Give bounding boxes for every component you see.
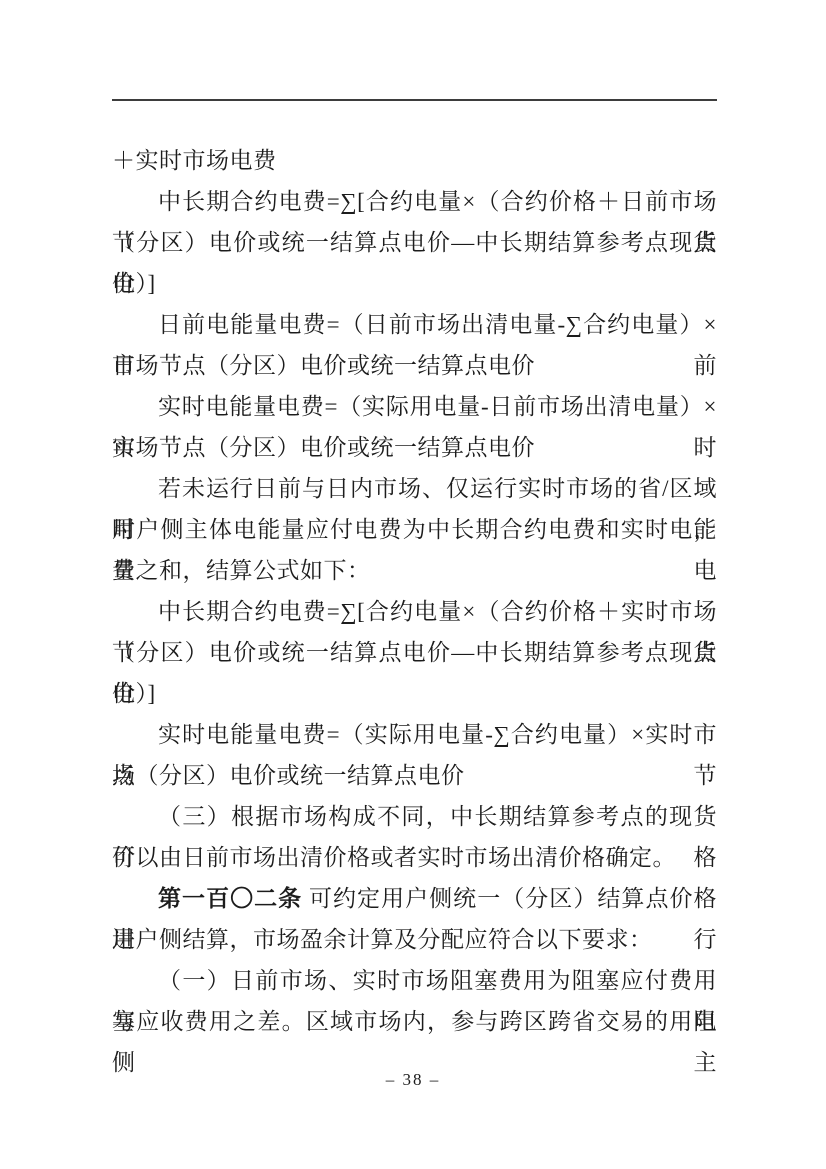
article-number: 第一百〇二条 [158, 886, 302, 911]
text-line: 日前电能量电费=（日前市场出清电量-∑合约电量）×日前 [112, 304, 717, 345]
text-line: ＋实时市场电费 [112, 140, 717, 181]
text-line: 用户侧主体电能量应付电费为中长期合约电费和实时电能量电 [112, 509, 717, 550]
document-page: ＋实时市场电费 中长期合约电费=∑[合约电量×（合约价格＋日前市场节点 （分区）… [0, 0, 826, 1169]
header-rule [112, 99, 717, 101]
document-body: ＋实时市场电费 中长期合约电费=∑[合约电量×（合约价格＋日前市场节点 （分区）… [112, 140, 717, 1042]
text-line: 塞应收费用之差。区域市场内，参与跨区跨省交易的用电侧主 [112, 1001, 717, 1042]
text-line: （分区）电价或统一结算点电价—中长期结算参考点现货电 [112, 632, 717, 673]
text-line: 实时电能量电费=（实际用电量-日前市场出清电量）×实时 [112, 386, 717, 427]
text-line: 价）] [112, 263, 717, 304]
text-line: 价）] [112, 673, 717, 714]
text-line: 中长期合约电费=∑[合约电量×（合约价格＋实时市场节点 [112, 591, 717, 632]
text-line: 可以由日前市场出清价格或者实时市场出清价格确定。 [112, 837, 717, 878]
text-line: （三）根据市场构成不同，中长期结算参考点的现货价格 [112, 796, 717, 837]
text-line: 用户侧结算，市场盈余计算及分配应符合以下要求： [112, 919, 717, 960]
text-line: 中长期合约电费=∑[合约电量×（合约价格＋日前市场节点 [112, 181, 717, 222]
text-line: 实时电能量电费=（实际用电量-∑合约电量）×实时市场节 [112, 714, 717, 755]
page-number: – 38 – [0, 1070, 826, 1090]
text-line: （一）日前市场、实时市场阻塞费用为阻塞应付费用与阻 [112, 960, 717, 1001]
text-line: 若未运行日前与日内市场、仅运行实时市场的省/区域时， [112, 468, 717, 509]
text-line: （分区）电价或统一结算点电价—中长期结算参考点现货电 [112, 222, 717, 263]
text-line: 第一百〇二条 可约定用户侧统一（分区）结算点价格进行 [112, 878, 717, 919]
